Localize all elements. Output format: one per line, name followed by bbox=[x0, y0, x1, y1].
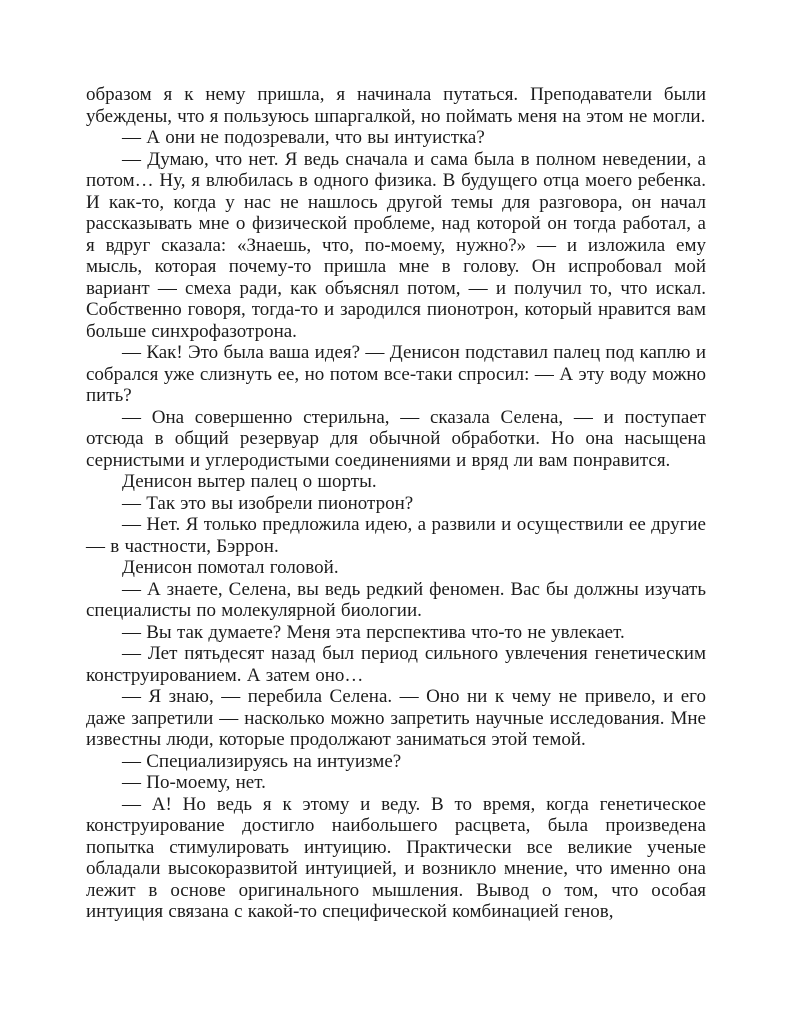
paragraph: — Так это вы изобрели пионотрон? bbox=[86, 493, 706, 515]
paragraph: Денисон помотал головой. bbox=[86, 557, 706, 579]
paragraph: — По-моему, нет. bbox=[86, 772, 706, 794]
paragraph: — Лет пятьдесят назад был период сильног… bbox=[86, 643, 706, 686]
paragraph: — Думаю, что нет. Я ведь сначала и сама … bbox=[86, 149, 706, 343]
paragraph: — Как! Это была ваша идея? — Денисон под… bbox=[86, 342, 706, 407]
paragraph: образом я к нему пришла, я начинала пута… bbox=[86, 84, 706, 127]
paragraph: — А знаете, Селена, вы ведь редкий феном… bbox=[86, 579, 706, 622]
paragraph: — А они не подозревали, что вы интуистка… bbox=[86, 127, 706, 149]
paragraph: — А! Но ведь я к этому и веду. В то врем… bbox=[86, 794, 706, 923]
paragraph: — Вы так думаете? Меня эта перспектива ч… bbox=[86, 622, 706, 644]
paragraph: — Я знаю, — перебила Селена. — Оно ни к … bbox=[86, 686, 706, 751]
paragraph: — Специализируясь на интуизме? bbox=[86, 751, 706, 773]
book-page: образом я к нему пришла, я начинала пута… bbox=[0, 0, 791, 1024]
paragraph: — Она совершенно стерильна, — сказала Се… bbox=[86, 407, 706, 472]
paragraph: Денисон вытер палец о шорты. bbox=[86, 471, 706, 493]
paragraph: — Нет. Я только предложила идею, а разви… bbox=[86, 514, 706, 557]
